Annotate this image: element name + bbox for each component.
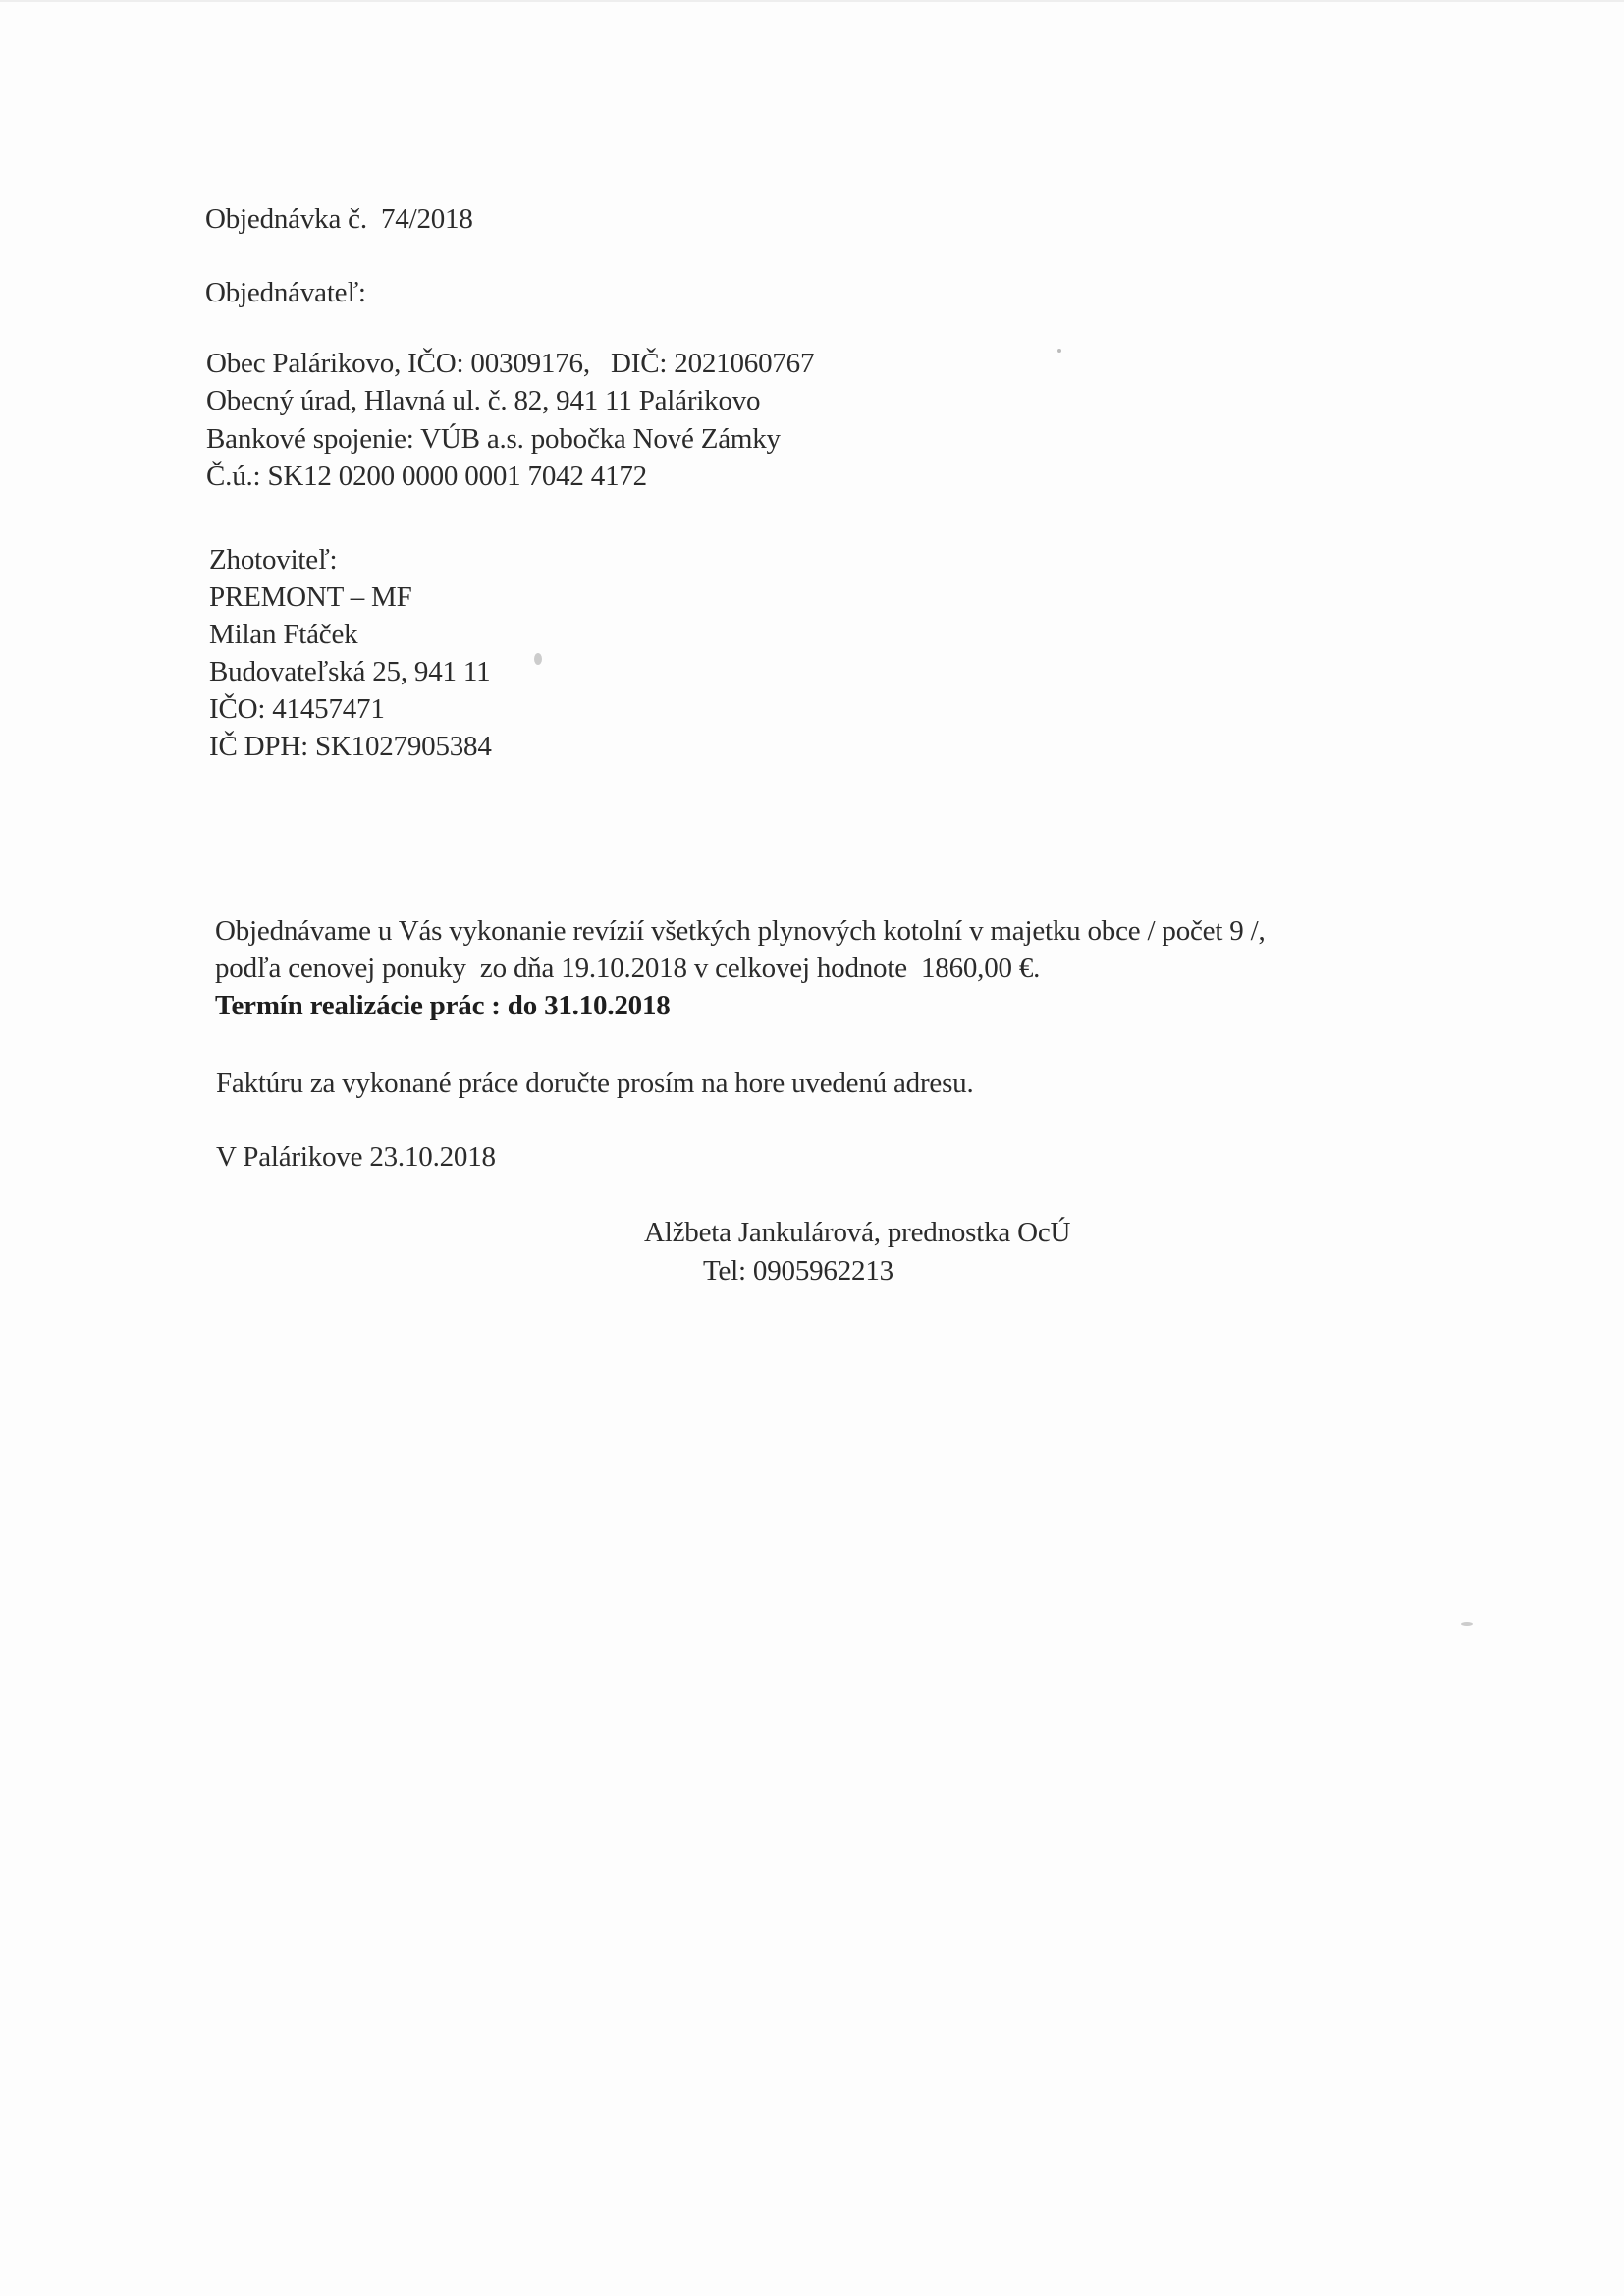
invoice-note: Faktúru za vykonané práce doručte prosím… bbox=[216, 1066, 974, 1101]
signature-name: Alžbeta Jankulárová, prednostka OcÚ bbox=[644, 1215, 1070, 1250]
contractor-line: IČO: 41457471 bbox=[209, 691, 385, 727]
contractor-label: Zhotoviteľ: bbox=[209, 542, 337, 577]
scan-speck bbox=[1461, 1622, 1473, 1626]
orderer-label: Objednávateľ: bbox=[205, 275, 366, 310]
contractor-line: IČ DPH: SK1027905384 bbox=[209, 729, 492, 764]
body-line: Objednávame u Vás vykonanie revízií všet… bbox=[215, 913, 1266, 949]
scan-speck bbox=[534, 653, 542, 665]
orderer-line: Obec Palárikovo, IČO: 00309176, DIČ: 202… bbox=[206, 346, 814, 381]
signature-phone: Tel: 0905962213 bbox=[703, 1253, 893, 1288]
orderer-line: Bankové spojenie: VÚB a.s. pobočka Nové … bbox=[206, 421, 781, 457]
order-title: Objednávka č. 74/2018 bbox=[205, 201, 473, 237]
orderer-line: Č.ú.: SK12 0200 0000 0001 7042 4172 bbox=[206, 459, 647, 494]
contractor-line: Milan Ftáček bbox=[209, 617, 357, 652]
deadline: Termín realizácie prác : do 31.10.2018 bbox=[215, 988, 671, 1023]
orderer-line: Obecný úrad, Hlavná ul. č. 82, 941 11 Pa… bbox=[206, 383, 760, 418]
contractor-line: Budovateľská 25, 941 11 bbox=[209, 654, 490, 689]
scan-edge bbox=[0, 0, 1624, 2]
scan-speck bbox=[1057, 349, 1061, 353]
contractor-line: PREMONT – MF bbox=[209, 579, 412, 615]
place-date: V Palárikove 23.10.2018 bbox=[216, 1139, 496, 1175]
body-line: podľa cenovej ponuky zo dňa 19.10.2018 v… bbox=[215, 951, 1040, 986]
